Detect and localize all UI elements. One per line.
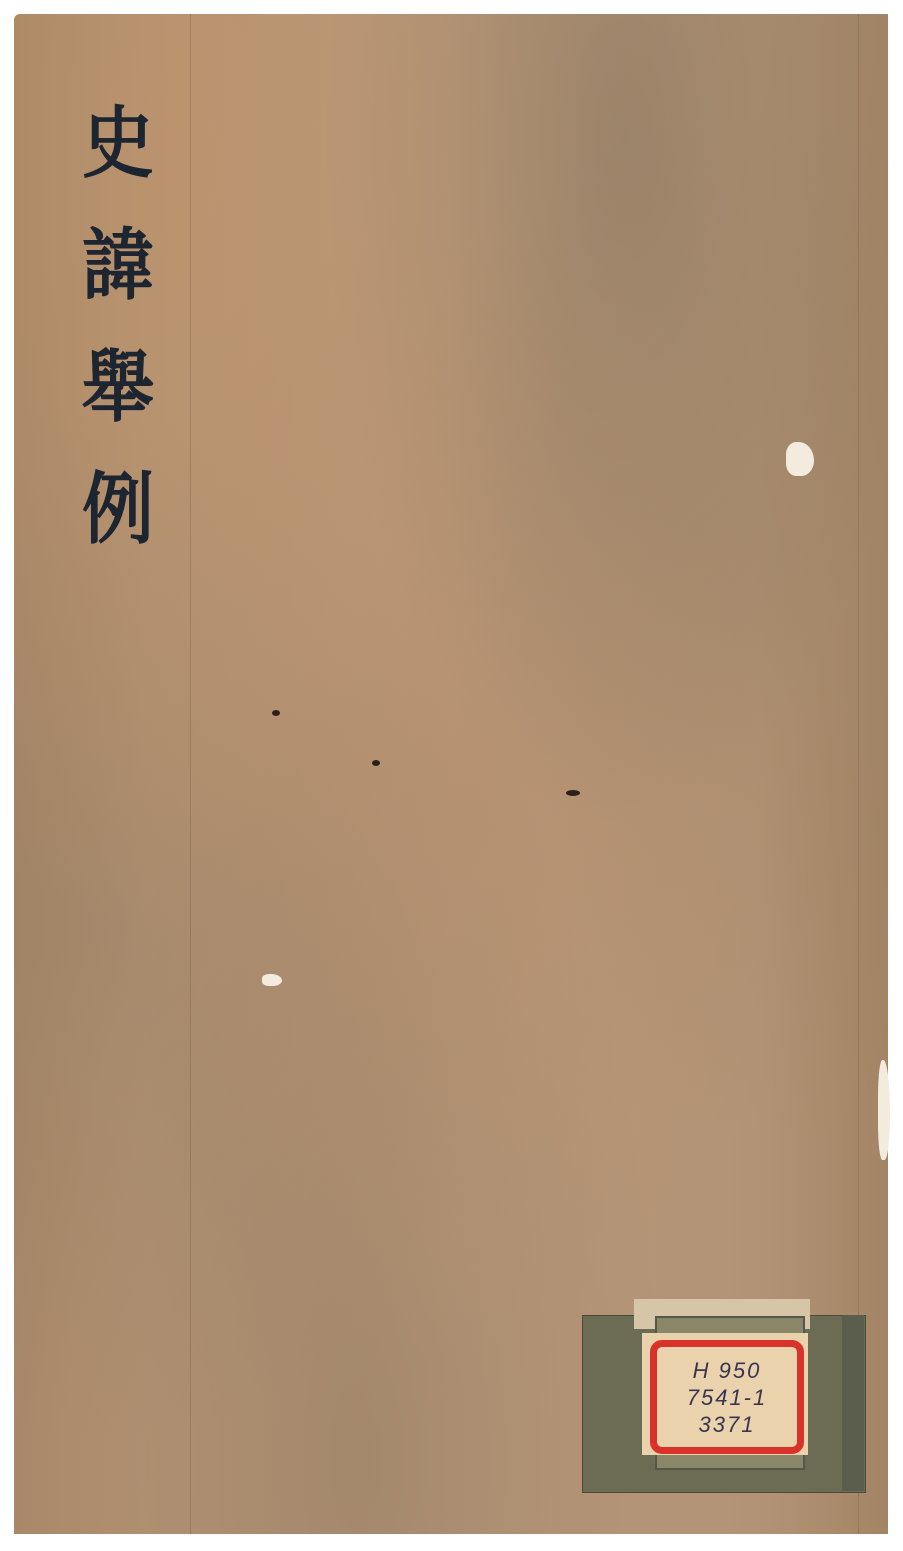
title-char-2: 諱 [82, 227, 154, 305]
paper-hole [262, 974, 282, 986]
call-number-line-1: H 950 [693, 1357, 762, 1384]
label-tape [842, 1315, 864, 1491]
title-char-1: 史 [82, 105, 154, 183]
fold-crease [190, 14, 191, 1534]
title-char-3: 舉 [82, 349, 154, 427]
call-number-label: H 950 7541-1 3371 [650, 1340, 804, 1454]
ink-spot [566, 790, 580, 796]
ink-spot [372, 760, 380, 766]
ink-spot [272, 710, 280, 716]
call-number-line-2: 7541-1 [687, 1384, 768, 1411]
paper-hole [786, 442, 814, 476]
spine-edge [858, 14, 859, 1534]
cover-title: 史 諱 舉 例 [68, 105, 168, 593]
title-char-4: 例 [82, 471, 154, 549]
edge-tear [878, 1060, 890, 1160]
call-number-line-3: 3371 [699, 1411, 756, 1438]
